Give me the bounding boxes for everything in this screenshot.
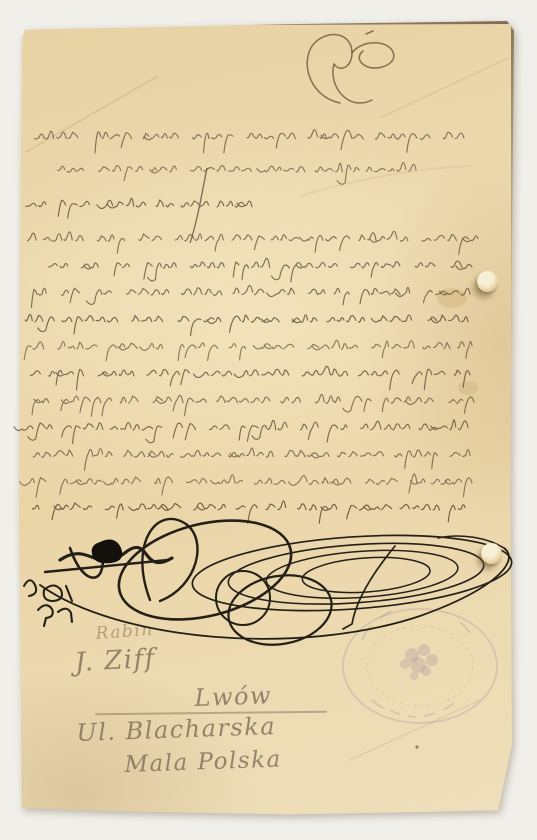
address-line-rabin: Rabin [95, 620, 154, 644]
address-line-region: Mala Polska [124, 747, 282, 778]
punch-hole-top [477, 271, 498, 292]
punch-hole-bottom [481, 543, 502, 564]
address-line-name: J. Ziff [74, 644, 157, 678]
address-line-city: Lwów [194, 681, 272, 712]
document-scan: Rabin J. Ziff Lwów Ul. Blacharska Mala P… [0, 0, 537, 840]
